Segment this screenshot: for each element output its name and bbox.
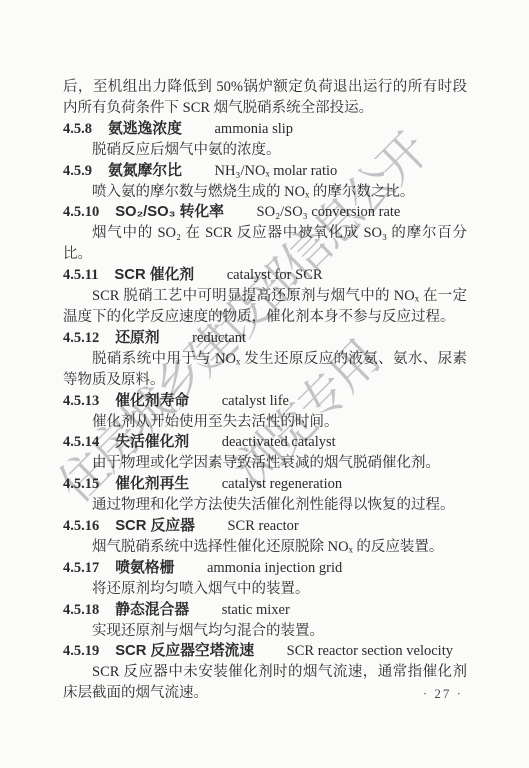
term-en: SCR reactor section velocity [287, 643, 453, 659]
term-entry: 4.5.17喷氨格栅ammonia injection grid 将还原剂均匀喷… [63, 558, 467, 600]
terms-list: 4.5.8氨逃逸浓度ammonia slip 脱硝反应后烟气中氨的浓度。 4.5… [63, 119, 467, 704]
term-heading: 4.5.8氨逃逸浓度ammonia slip [63, 119, 467, 140]
term-number: 4.5.12 [63, 330, 99, 346]
page-content: 后，至机组出力降低到 50%锅炉额定负荷退出运行的所有时段内所有负荷条件下 SC… [63, 77, 467, 704]
term-number: 4.5.14 [63, 434, 99, 450]
term-definition: SCR 脱硝工艺中可明显提高还原剂与烟气中的 NOₓ 在一定温度下的化学反应速度… [63, 286, 467, 328]
term-definition: 烟气中的 SO₂ 在 SCR 反应器中被氧化成 SO₃ 的摩尔百分比。 [63, 223, 467, 265]
term-zh: 氨氮摩尔比 [108, 163, 182, 179]
term-definition: 喷入氨的摩尔数与燃烧生成的 NOₓ 的摩尔数之比。 [63, 182, 467, 203]
term-definition: 实现还原剂与烟气均匀混合的装置。 [63, 621, 467, 642]
term-entry: 4.5.16SCR 反应器SCR reactor 烟气脱硝系统中选择性催化还原脱… [63, 516, 467, 558]
term-heading: 4.5.18静态混合器static mixer [63, 600, 467, 621]
term-entry: 4.5.18静态混合器static mixer 实现还原剂与烟气均匀混合的装置。 [63, 600, 467, 642]
term-en: deactivated catalyst [222, 434, 336, 450]
term-definition: SCR 反应器中未安装催化剂时的烟气流速，通常指催化剂床层截面的烟气流速。 [63, 662, 467, 704]
term-number: 4.5.10 [63, 204, 99, 220]
term-en: NH₃/NOₓ molar ratio [214, 163, 337, 179]
term-number: 4.5.11 [63, 267, 98, 283]
term-en: ammonia slip [214, 121, 293, 137]
term-heading: 4.5.11SCR 催化剂catalyst for SCR [63, 265, 467, 286]
term-zh: 催化剂寿命 [115, 393, 189, 409]
intro-paragraph: 后，至机组出力降低到 50%锅炉额定负荷退出运行的所有时段内所有负荷条件下 SC… [63, 77, 467, 119]
term-zh: 还原剂 [115, 330, 159, 346]
term-number: 4.5.17 [63, 560, 99, 576]
term-entry: 4.5.12还原剂reductant 脱硝系统中用于与 NOₓ 发生还原反应的液… [63, 328, 467, 391]
term-en: static mixer [222, 602, 290, 618]
term-zh: SO₂/SO₃ 转化率 [115, 204, 224, 220]
term-definition: 脱硝反应后烟气中氨的浓度。 [63, 140, 467, 161]
term-number: 4.5.13 [63, 393, 99, 409]
term-heading: 4.5.9氨氮摩尔比NH₃/NOₓ molar ratio [63, 161, 467, 182]
term-zh: SCR 催化剂 [114, 267, 194, 283]
term-zh: SCR 反应器空塔流速 [115, 643, 254, 659]
term-number: 4.5.19 [63, 643, 99, 659]
term-number: 4.5.8 [63, 121, 92, 137]
term-en: catalyst life [222, 393, 289, 409]
term-zh: 静态混合器 [115, 602, 189, 618]
term-en: SCR reactor [227, 518, 298, 534]
term-entry: 4.5.19SCR 反应器空塔流速SCR reactor section vel… [63, 641, 467, 704]
term-definition: 由于物理或化学因素导致活性衰减的烟气脱硝催化剂。 [63, 453, 467, 474]
term-definition: 脱硝系统中用于与 NOₓ 发生还原反应的液氨、氨水、尿素等物质及原料。 [63, 349, 467, 391]
page-number: · 27 · [423, 686, 463, 702]
term-heading: 4.5.19SCR 反应器空塔流速SCR reactor section vel… [63, 641, 467, 662]
term-zh: SCR 反应器 [115, 518, 195, 534]
term-entry: 4.5.13催化剂寿命catalyst life 催化剂从开始使用至失去活性的时… [63, 391, 467, 433]
term-heading: 4.5.15催化剂再生catalyst regeneration [63, 474, 467, 495]
term-en: ammonia injection grid [207, 560, 342, 576]
term-number: 4.5.15 [63, 476, 99, 492]
term-en: catalyst for SCR [227, 267, 323, 283]
term-entry: 4.5.8氨逃逸浓度ammonia slip 脱硝反应后烟气中氨的浓度。 [63, 119, 467, 161]
term-zh: 失活催化剂 [115, 434, 189, 450]
term-entry: 4.5.10SO₂/SO₃ 转化率SO₂/SO₃ conversion rate… [63, 202, 467, 265]
term-heading: 4.5.17喷氨格栅ammonia injection grid [63, 558, 467, 579]
term-heading: 4.5.10SO₂/SO₃ 转化率SO₂/SO₃ conversion rate [63, 202, 467, 223]
term-number: 4.5.16 [63, 518, 99, 534]
term-definition: 烟气脱硝系统中选择性催化还原脱除 NOₓ 的反应装置。 [63, 537, 467, 558]
term-en: catalyst regeneration [222, 476, 342, 492]
term-entry: 4.5.11SCR 催化剂catalyst for SCR SCR 脱硝工艺中可… [63, 265, 467, 328]
term-heading: 4.5.12还原剂reductant [63, 328, 467, 349]
term-zh: 催化剂再生 [115, 476, 189, 492]
term-en: reductant [192, 330, 246, 346]
term-definition: 将还原剂均匀喷入烟气中的装置。 [63, 579, 467, 600]
term-heading: 4.5.13催化剂寿命catalyst life [63, 391, 467, 412]
term-zh: 喷氨格栅 [115, 560, 174, 576]
term-number: 4.5.18 [63, 602, 99, 618]
term-definition: 通过物理和化学方法使失活催化剂性能得以恢复的过程。 [63, 495, 467, 516]
term-heading: 4.5.14失活催化剂deactivated catalyst [63, 432, 467, 453]
term-entry: 4.5.15催化剂再生catalyst regeneration 通过物理和化学… [63, 474, 467, 516]
term-number: 4.5.9 [63, 163, 92, 179]
document-page: 住房城乡建设部信息公开 浏览专用 后，至机组出力降低到 50%锅炉额定负荷退出运… [0, 0, 529, 768]
term-zh: 氨逃逸浓度 [108, 121, 182, 137]
term-entry: 4.5.14失活催化剂deactivated catalyst 由于物理或化学因… [63, 432, 467, 474]
term-definition: 催化剂从开始使用至失去活性的时间。 [63, 412, 467, 433]
term-entry: 4.5.9氨氮摩尔比NH₃/NOₓ molar ratio 喷入氨的摩尔数与燃烧… [63, 161, 467, 203]
term-heading: 4.5.16SCR 反应器SCR reactor [63, 516, 467, 537]
term-en: SO₂/SO₃ conversion rate [257, 204, 401, 220]
